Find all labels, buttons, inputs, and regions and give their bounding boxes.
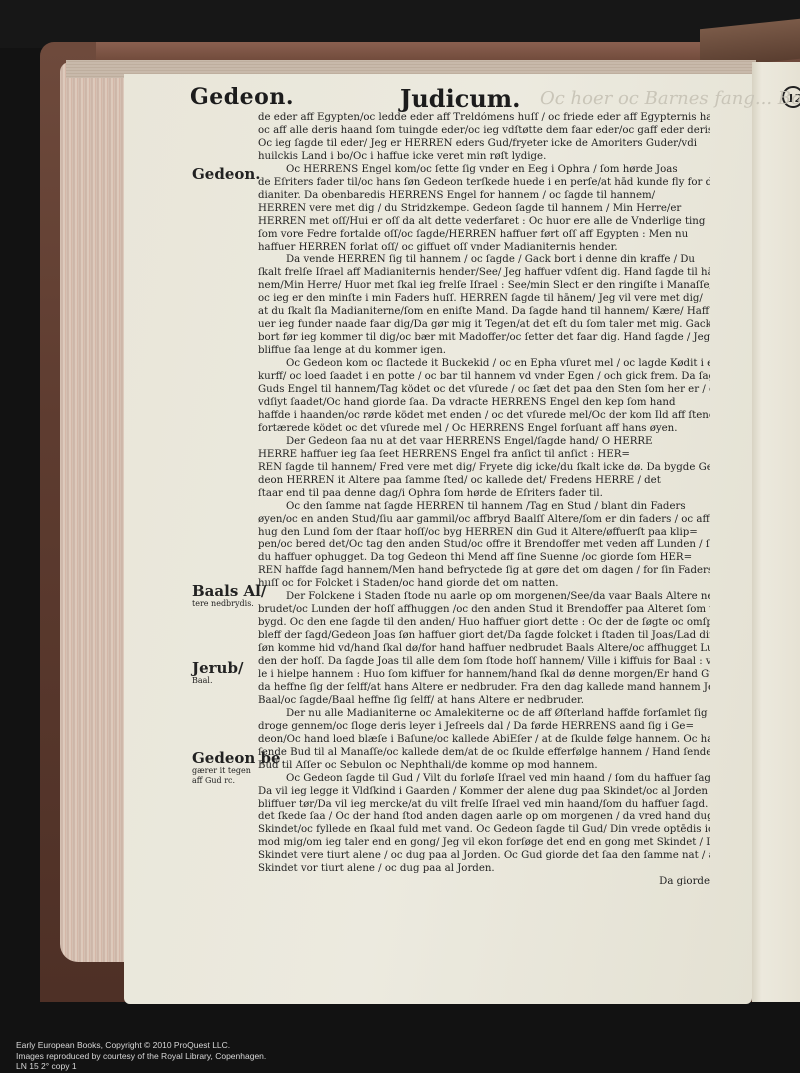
backdrop-top (0, 0, 800, 48)
text-line: HERREN met oſſ/Hui er oſſ da alt dette v… (258, 216, 710, 229)
paragraph-start: Oc den ſamme nat ſagde HERREN til hannem… (258, 501, 710, 514)
text-line: deon/Oc hand loed blæſe i Baſune/oc kall… (258, 734, 710, 747)
text-line: Skindet vor tiurt alene / oc dug paa al … (258, 863, 710, 876)
margin-note-gedeon: Gedeon. (192, 166, 261, 182)
text-line: Skindet vere tiurt alene / oc dug paa al… (258, 850, 710, 863)
text-line: REN ſagde til hannem/ Fred vere met dig/… (258, 462, 710, 475)
text-line: de Eſriters fader til/oc hans ſøn Gedeon… (258, 177, 710, 190)
text-line: Oc ieg ſagde til eder/ Jeg er HERREN ede… (258, 138, 710, 151)
text-line: Bud til Aſſer oc Sebulon oc Nephthali/de… (258, 760, 710, 773)
text-line: bliffuer tør/Da vil ieg mercke/at du vil… (258, 799, 710, 812)
facing-page (752, 62, 800, 1002)
text-line: ſøn komme hid vd/hand ſkal dø/for hand h… (258, 643, 710, 656)
text-line: oc ieg er den minſte i min Faders huſſ. … (258, 293, 710, 306)
running-head: Oc hoer oc Barnes fang... Bog Gedeon. Ju… (190, 84, 750, 114)
body-text: de eder aff Egypten/oc ledde eder aff Tr… (258, 112, 710, 889)
credit-line-3: LN 15 2° copy 1 (16, 1061, 266, 1072)
text-line: nem/Min Herre/ Huor met ſkal ieg frelſe … (258, 280, 710, 293)
text-line: ſkalt frelſe Iſrael aff Madianiternis he… (258, 267, 710, 280)
paragraph-start: Der nu alle Madianiterne oc Amalekiterne… (258, 708, 710, 721)
text-line: bliffue ſaa lenge at du kommer igen. (258, 345, 710, 358)
text-line: det ſkede ſaa / Oc der hand ſtod anden d… (258, 811, 710, 824)
running-head-title: Judicum. (400, 84, 521, 113)
text-line: bort før ieg kommer til dig/oc bær mit M… (258, 332, 710, 345)
margin-note-jerub-baal: Jerub/ Baal. (192, 660, 243, 686)
text-line: fortærede ködet oc det vſurede mel / Oc … (258, 423, 710, 436)
text-line: le i hielpe hannem : Huo ſom kiffuer for… (258, 669, 710, 682)
text-line: bygd. Oc den ene ſagde til den anden/ Hu… (258, 617, 710, 630)
text-line: du haffuer ophugget. Da tog Gedeon thi M… (258, 552, 710, 565)
text-line: ſom vore Fedre fortalde oſſ/oc ſagde/HER… (258, 229, 710, 242)
text-line: HERRE haffuer ieg ſaa ſeet HERRENS Engel… (258, 449, 710, 462)
credit-line-2: Images reproduced by courtesy of the Roy… (16, 1051, 266, 1062)
text-line: Guds Engel til hannem/Tag ködet oc det v… (258, 384, 710, 397)
text-line: ſende Bud til al Manaſſe/oc kallede dem/… (258, 747, 710, 760)
text-line: hug den Lund ſom der ſtaar hoſſ/oc byg H… (258, 527, 710, 540)
paragraph-start: Da vende HERREN ſig til hannem / oc ſagd… (258, 254, 710, 267)
text-line: bleff der ſagd/Gedeon Joas ſøn haffuer g… (258, 630, 710, 643)
text-line: Baal/oc ſagde/Baal heffne ſig ſelff/ at … (258, 695, 710, 708)
text-line: REN haffde ſagd hannem/Men hand befrycte… (258, 565, 710, 578)
text-line: huilckis Land i bo/Oc i haffue icke vere… (258, 151, 710, 164)
text-line: de eder aff Egypten/oc ledde eder aff Tr… (258, 112, 710, 125)
text-line: vdſiyt ſaadet/Oc hand giorde ſaa. Da vdr… (258, 397, 710, 410)
text-line: huſſ oc for Folcket i Staden/oc hand gio… (258, 578, 710, 591)
text-line: øyen/oc en anden Stud/ſiu aar gammil/oc … (258, 514, 710, 527)
text-line: at du ſkalt ſla Madianiterne/ſom en eniſ… (258, 306, 710, 319)
text-line: droge gennem/oc ſloge deris leyer i Jeſr… (258, 721, 710, 734)
scan-backdrop: 12 Oc hoer oc Barnes fang... Bog Gedeon.… (0, 0, 800, 1073)
running-head-left: Gedeon. (190, 84, 294, 110)
credit-line-1: Early European Books, Copyright © 2010 P… (16, 1040, 266, 1051)
text-line: ſtaar end til paa denne dag/i Ophra ſom … (258, 488, 710, 501)
text-line: uer ieg funder naade faar dig/Da gør mig… (258, 319, 710, 332)
text-line: brudet/oc Lunden der hoſſ affhuggen /oc … (258, 604, 710, 617)
text-line: HERREN vere met dig / du Stridzkempe. Ge… (258, 203, 710, 216)
text-line: kurff/ oc loed ſaadet i en potte / oc ba… (258, 371, 710, 384)
text-line: deon HERREN it Altere paa ſamme ſted/ oc… (258, 475, 710, 488)
page-fore-edge (60, 62, 132, 962)
text-line: Skindet/oc fyllede en ſkaal fuld met van… (258, 824, 710, 837)
paragraph-start: Oc Gedeon kom oc ſlactede it Buckekid / … (258, 358, 710, 371)
paragraph-start: Oc Gedeon ſagde til Gud / Vilt du forløſ… (258, 773, 710, 786)
show-through-text: Oc hoer oc Barnes fang... Bog (540, 88, 800, 109)
text-line: mod mig/om ieg taler end en gong/ Jeg vi… (258, 837, 710, 850)
text-line: pen/oc bered det/Oc tag den anden Stud/o… (258, 539, 710, 552)
text-line: den der hoſſ. Da ſagde Joas til alle dem… (258, 656, 710, 669)
paragraph-start: Oc HERRENS Engel kom/oc ſette ſig vnder … (258, 164, 710, 177)
text-line: Da vil ieg legge it Vldſkind i Gaarden /… (258, 786, 710, 799)
text-line: oc aff alle deris haand ſom tuingde eder… (258, 125, 710, 138)
catchword: Da giorde (258, 876, 710, 889)
paragraph-start: Der Gedeon ſaa nu at det vaar HERRENS En… (258, 436, 710, 449)
text-line: haffuer HERREN forlat oſſ/ oc giffuet oſ… (258, 242, 710, 255)
text-line: da heffne ſig der ſelff/at hans Altere e… (258, 682, 710, 695)
text-line: dianiter. Da obenbaredis HERRENS Engel f… (258, 190, 710, 203)
margin-note-baals-altere: Baals Al/ tere nedbrydis. (192, 583, 266, 609)
copyright-credits: Early European Books, Copyright © 2010 P… (16, 1040, 266, 1072)
text-line: haffde i haanden/oc rørde ködet met ende… (258, 410, 710, 423)
paragraph-start: Der Folckene i Staden ſtode nu aarle op … (258, 591, 710, 604)
